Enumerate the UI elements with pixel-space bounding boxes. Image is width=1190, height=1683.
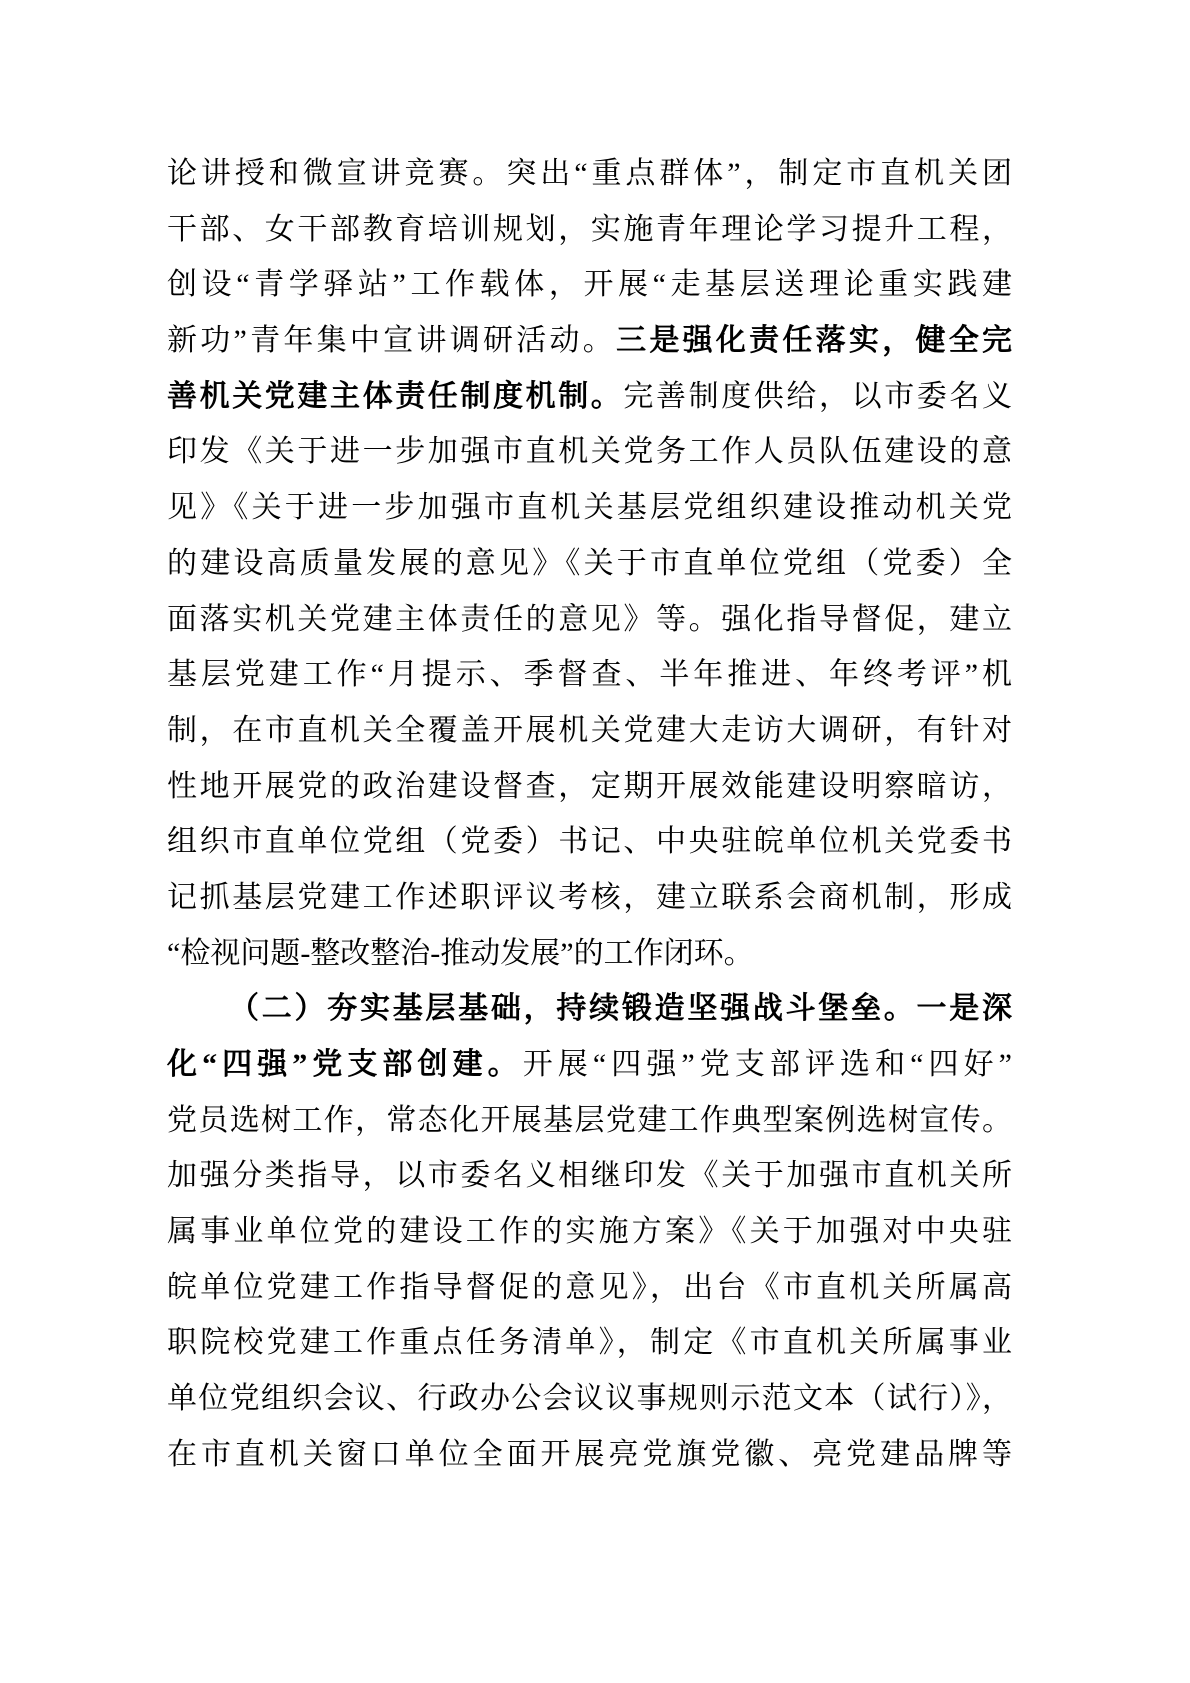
document-line: 新功”青年集中宣讲调研活动。三是强化责任落实，健全完 (167, 313, 1012, 369)
text-run: 印发《关于进一步加强市直机关党务工作人员队伍建设的意 (167, 435, 1012, 468)
text-run: 记抓基层党建工作述职评议考核，建立联系会商机制，形成 (167, 881, 1012, 914)
document-line: 制，在市直机关全覆盖开展机关党建大走访大调研，有针对 (167, 703, 1012, 759)
text-run: 性地开展党的政治建设督查，定期开展效能建设明察暗访， (167, 770, 1012, 803)
document-line: 干部、女干部教育培训规划，实施青年理论学习提升工程， (167, 202, 1012, 258)
text-run: 见》《关于进一步加强市直机关基层党组织建设推动机关党 (167, 491, 1012, 524)
document-line-paragraph-end: “检视问题-整改整治-推动发展”的工作闭环。 (167, 926, 1012, 982)
text-run: 单位党组织会议、行政办公会议议事规则示范文本（试行）》， (167, 1382, 1012, 1415)
document-line: 记抓基层党建工作述职评议考核，建立联系会商机制，形成 (167, 870, 1012, 926)
document-line: 创设“青学驿站”工作载体，开展“走基层送理论重实践建 (167, 257, 1012, 313)
text-run: 新功”青年集中宣讲调研活动。 (167, 324, 616, 357)
text-run: 完善制度供给，以市委名义 (623, 380, 1012, 413)
document-line: 职院校党建工作重点任务清单》，制定《市直机关所属事业 (167, 1315, 1012, 1371)
document-line-section-heading: （二）夯实基层基础，持续锻造坚强战斗堡垒。一是深 (167, 981, 1012, 1037)
document-line: 见》《关于进一步加强市直机关基层党组织建设推动机关党 (167, 480, 1012, 536)
document-line: 的建设高质量发展的意见》《关于市直单位党组（党委）全 (167, 536, 1012, 592)
text-run: 属事业单位党的建设工作的实施方案》《关于加强对中央驻 (167, 1215, 1012, 1248)
document-line: 论讲授和微宣讲竞赛。突出“重点群体”，制定市直机关团 (167, 146, 1012, 202)
text-run: 开展“四强”党支部评选和“四好” (523, 1048, 1012, 1081)
text-run: 论讲授和微宣讲竞赛。突出“重点群体”，制定市直机关团 (167, 157, 1012, 190)
document-page: 论讲授和微宣讲竞赛。突出“重点群体”，制定市直机关团 干部、女干部教育培训规划，… (0, 0, 1190, 1683)
document-line: 属事业单位党的建设工作的实施方案》《关于加强对中央驻 (167, 1204, 1012, 1260)
text-run: 创设“青学驿站”工作载体，开展“走基层送理论重实践建 (167, 268, 1012, 301)
document-line: 党员选树工作，常态化开展基层党建工作典型案例选树宣传。 (167, 1093, 1012, 1149)
text-run-bold: 一是深 (917, 992, 1012, 1025)
document-line: 化“四强”党支部创建。开展“四强”党支部评选和“四好” (167, 1037, 1012, 1093)
document-line: 皖单位党建工作指导督促的意见》，出台《市直机关所属高 (167, 1260, 1012, 1316)
text-run: “检视问题-整改整治-推动发展”的工作闭环。 (167, 937, 754, 970)
text-run: 制，在市直机关全覆盖开展机关党建大走访大调研，有针对 (167, 714, 1012, 747)
document-line: 加强分类指导，以市委名义相继印发《关于加强市直机关所 (167, 1148, 1012, 1204)
document-line: 基层党建工作“月提示、季督查、半年推进、年终考评”机 (167, 647, 1012, 703)
text-run: 党员选树工作，常态化开展基层党建工作典型案例选树宣传。 (167, 1104, 1012, 1137)
text-run: 加强分类指导，以市委名义相继印发《关于加强市直机关所 (167, 1159, 1012, 1192)
document-line: 面落实机关党建主体责任的意见》等。强化指导督促，建立 (167, 592, 1012, 648)
text-run: 的建设高质量发展的意见》《关于市直单位党组（党委）全 (167, 547, 1012, 580)
text-run: 皖单位党建工作指导督促的意见》，出台《市直机关所属高 (167, 1271, 1012, 1304)
document-line: 在市直机关窗口单位全面开展亮党旗党徽、亮党建品牌等 (167, 1427, 1012, 1483)
text-run: 基层党建工作“月提示、季督查、半年推进、年终考评”机 (167, 658, 1012, 691)
document-line: 印发《关于进一步加强市直机关党务工作人员队伍建设的意 (167, 424, 1012, 480)
document-line: 善机关党建主体责任制度机制。完善制度供给，以市委名义 (167, 369, 1012, 425)
text-run-bold: 化“四强”党支部创建。 (167, 1048, 523, 1081)
document-line: 组织市直单位党组（党委）书记、中央驻皖单位机关党委书 (167, 814, 1012, 870)
text-run: 在市直机关窗口单位全面开展亮党旗党徽、亮党建品牌等 (167, 1438, 1012, 1471)
text-run: 职院校党建工作重点任务清单》，制定《市直机关所属事业 (167, 1326, 1012, 1359)
text-run: 面落实机关党建主体责任的意见》等。强化指导督促，建立 (167, 603, 1012, 636)
section-heading-run: （二）夯实基层基础，持续锻造坚强战斗堡垒。 (229, 992, 917, 1025)
document-line: 单位党组织会议、行政办公会议议事规则示范文本（试行）》， (167, 1371, 1012, 1427)
text-run: 干部、女干部教育培训规划，实施青年理论学习提升工程， (167, 213, 1012, 246)
document-body: 论讲授和微宣讲竞赛。突出“重点群体”，制定市直机关团 干部、女干部教育培训规划，… (167, 146, 1012, 1483)
document-line: 性地开展党的政治建设督查，定期开展效能建设明察暗访， (167, 759, 1012, 815)
text-run: 组织市直单位党组（党委）书记、中央驻皖单位机关党委书 (167, 825, 1012, 858)
text-run-bold: 善机关党建主体责任制度机制。 (167, 380, 623, 413)
text-run-bold: 三是强化责任落实，健全完 (616, 324, 1012, 357)
